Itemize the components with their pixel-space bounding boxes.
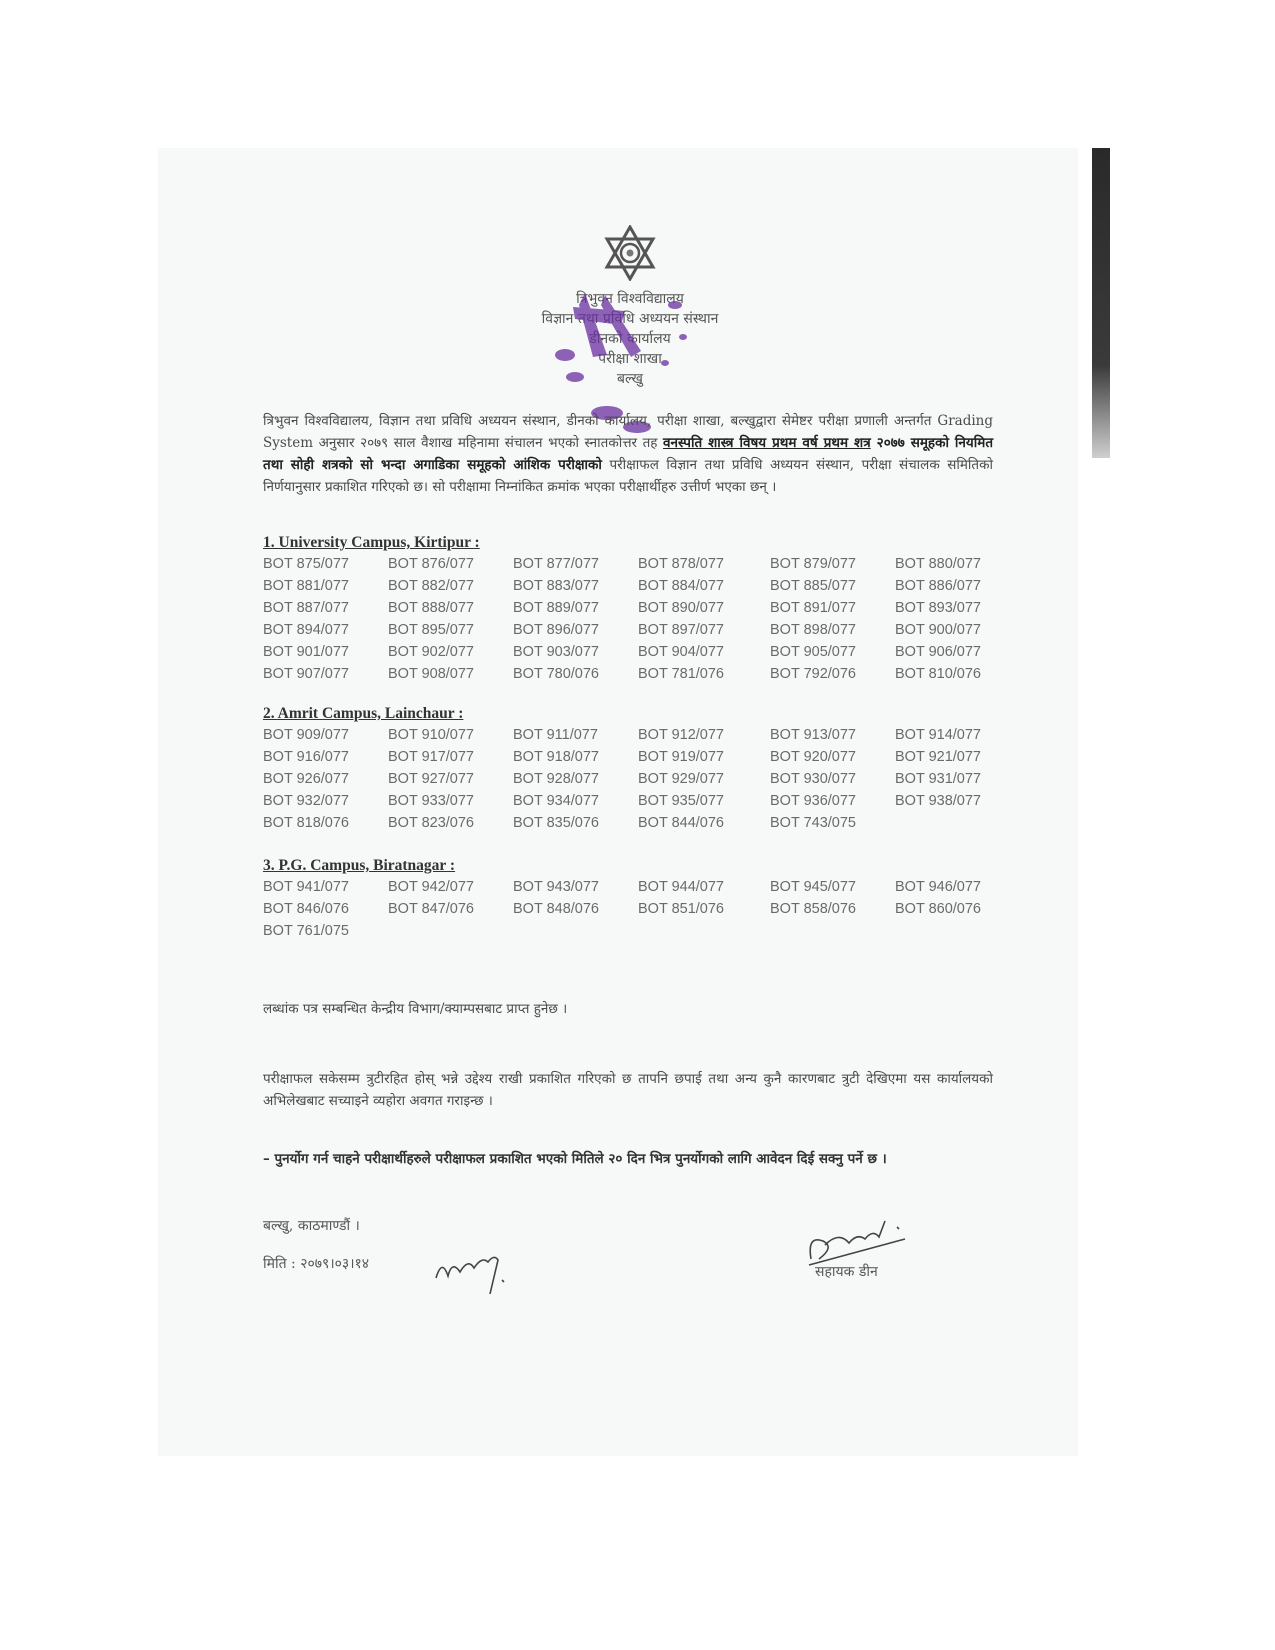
section-pg-campus: 3. P.G. Campus, Biratnagar : BOT 941/077…	[263, 857, 1003, 941]
roll-number: BOT 878/077	[638, 555, 770, 574]
roll-number: BOT 897/077	[638, 621, 770, 640]
roll-number: BOT 946/077	[895, 878, 1020, 897]
roll-number: BOT 916/077	[263, 748, 388, 767]
roll-number: BOT 894/077	[263, 621, 388, 640]
roll-number: BOT 885/077	[770, 577, 895, 596]
intro-subject-highlight: वनस्पति शास्त्र विषय प्रथम वर्ष प्रथम शत…	[663, 435, 871, 451]
roll-number: BOT 891/077	[770, 599, 895, 618]
roll-number: BOT 847/076	[388, 900, 513, 919]
roll-number: BOT 792/076	[770, 665, 895, 684]
roll-number: BOT 884/077	[638, 577, 770, 596]
signatory-title: सहायक डीन	[815, 1262, 878, 1281]
roll-number-grid: BOT 875/077BOT 876/077BOT 877/077BOT 878…	[263, 555, 1003, 684]
roll-number: BOT 823/076	[388, 814, 513, 833]
retotaling-note: – पुनर्योग गर्न चाहने परीक्षार्थीहरुले प…	[263, 1148, 993, 1170]
roll-number: BOT 851/076	[638, 900, 770, 919]
roll-number: BOT 904/077	[638, 643, 770, 662]
roll-number: BOT 938/077	[895, 792, 1020, 811]
roll-number: BOT 906/077	[895, 643, 1020, 662]
date-line: मिति : २०७९।०३।१४	[263, 1254, 369, 1273]
roll-number: BOT 920/077	[770, 748, 895, 767]
roll-number: BOT 898/077	[770, 621, 895, 640]
scan-edge-shadow	[1092, 148, 1110, 458]
roll-number: BOT 908/077	[388, 665, 513, 684]
roll-number: BOT 876/077	[388, 555, 513, 574]
letterhead-line-university: त्रिभुवन विश्वविद्यालय	[480, 289, 780, 309]
roll-number: BOT 910/077	[388, 726, 513, 745]
roll-number: BOT 896/077	[513, 621, 638, 640]
roll-number: BOT 930/077	[770, 770, 895, 789]
roll-number: BOT 928/077	[513, 770, 638, 789]
roll-number: BOT 907/077	[263, 665, 388, 684]
roll-number: BOT 902/077	[388, 643, 513, 662]
roll-number: BOT 917/077	[388, 748, 513, 767]
section-amrit-campus: 2. Amrit Campus, Lainchaur : BOT 909/077…	[263, 705, 1003, 833]
roll-number: BOT 912/077	[638, 726, 770, 745]
roll-number: BOT 743/075	[770, 814, 895, 833]
roll-number: BOT 886/077	[895, 577, 1020, 596]
roll-number: BOT 936/077	[770, 792, 895, 811]
roll-number: BOT 877/077	[513, 555, 638, 574]
roll-number: BOT 918/077	[513, 748, 638, 767]
roll-number: BOT 935/077	[638, 792, 770, 811]
roll-number: BOT 934/077	[513, 792, 638, 811]
roll-number: BOT 909/077	[263, 726, 388, 745]
roll-number-grid: BOT 941/077BOT 942/077BOT 943/077BOT 944…	[263, 878, 1003, 941]
roll-number-grid: BOT 909/077BOT 910/077BOT 911/077BOT 912…	[263, 726, 1003, 833]
roll-number: BOT 888/077	[388, 599, 513, 618]
roll-number: BOT 883/077	[513, 577, 638, 596]
letterhead-line-section: परीक्षा शाखा	[480, 349, 780, 369]
roll-number: BOT 780/076	[513, 665, 638, 684]
marksheet-note: लब्धांक पत्र सम्बन्धित केन्द्रीय विभाग/क…	[263, 998, 993, 1020]
roll-number: BOT 895/077	[388, 621, 513, 640]
roll-number: BOT 943/077	[513, 878, 638, 897]
roll-number: BOT 944/077	[638, 878, 770, 897]
roll-number: BOT 880/077	[895, 555, 1020, 574]
section-title: 1. University Campus, Kirtipur :	[263, 534, 1003, 552]
roll-number: BOT 900/077	[895, 621, 1020, 640]
roll-number: BOT 893/077	[895, 599, 1020, 618]
roll-number: BOT 911/077	[513, 726, 638, 745]
letterhead: त्रिभुवन विश्वविद्यालय विज्ञान तथा प्रवि…	[480, 225, 780, 389]
roll-number: BOT 890/077	[638, 599, 770, 618]
letterhead-line-institute: विज्ञान तथा प्रविधि अध्ययन संस्थान	[480, 309, 780, 329]
roll-number: BOT 942/077	[388, 878, 513, 897]
roll-number: BOT 848/076	[513, 900, 638, 919]
disclaimer-note: परीक्षाफल सकेसम्म त्रुटीरहित होस् भन्ने …	[263, 1068, 993, 1112]
roll-number: BOT 927/077	[388, 770, 513, 789]
section-university-campus: 1. University Campus, Kirtipur : BOT 875…	[263, 534, 1003, 684]
roll-number: BOT 889/077	[513, 599, 638, 618]
roll-number: BOT 932/077	[263, 792, 388, 811]
roll-number: BOT 835/076	[513, 814, 638, 833]
roll-number: BOT 905/077	[770, 643, 895, 662]
roll-number: BOT 846/076	[263, 900, 388, 919]
roll-number: BOT 879/077	[770, 555, 895, 574]
roll-number: BOT 919/077	[638, 748, 770, 767]
roll-number: BOT 945/077	[770, 878, 895, 897]
roll-number: BOT 921/077	[895, 748, 1020, 767]
roll-number: BOT 887/077	[263, 599, 388, 618]
roll-number: BOT 818/076	[263, 814, 388, 833]
roll-number: BOT 929/077	[638, 770, 770, 789]
roll-number: BOT 882/077	[388, 577, 513, 596]
roll-number: BOT 781/076	[638, 665, 770, 684]
roll-number: BOT 858/076	[770, 900, 895, 919]
roll-number: BOT 860/076	[895, 900, 1020, 919]
section-title: 3. P.G. Campus, Biratnagar :	[263, 857, 1003, 875]
roll-number: BOT 941/077	[263, 878, 388, 897]
letterhead-line-office: डीनको कार्यालय	[480, 329, 780, 349]
letterhead-line-location: बल्खु	[480, 369, 780, 389]
roll-number: BOT 931/077	[895, 770, 1020, 789]
university-emblem-icon	[603, 225, 657, 281]
roll-number: BOT 913/077	[770, 726, 895, 745]
roll-number: BOT 933/077	[388, 792, 513, 811]
roll-number: BOT 875/077	[263, 555, 388, 574]
roll-number: BOT 844/076	[638, 814, 770, 833]
section-title: 2. Amrit Campus, Lainchaur :	[263, 705, 1003, 723]
place-line: बल्खु, काठमाण्डौं ।	[263, 1216, 360, 1235]
roll-number: BOT 903/077	[513, 643, 638, 662]
roll-number: BOT 881/077	[263, 577, 388, 596]
roll-number: BOT 810/076	[895, 665, 1020, 684]
roll-number: BOT 926/077	[263, 770, 388, 789]
signature-left-icon	[432, 1248, 522, 1308]
intro-paragraph: त्रिभुवन विश्वविद्यालय, विज्ञान तथा प्रव…	[263, 410, 993, 498]
roll-number: BOT 914/077	[895, 726, 1020, 745]
roll-number: BOT 761/075	[263, 922, 388, 941]
roll-number: BOT 901/077	[263, 643, 388, 662]
